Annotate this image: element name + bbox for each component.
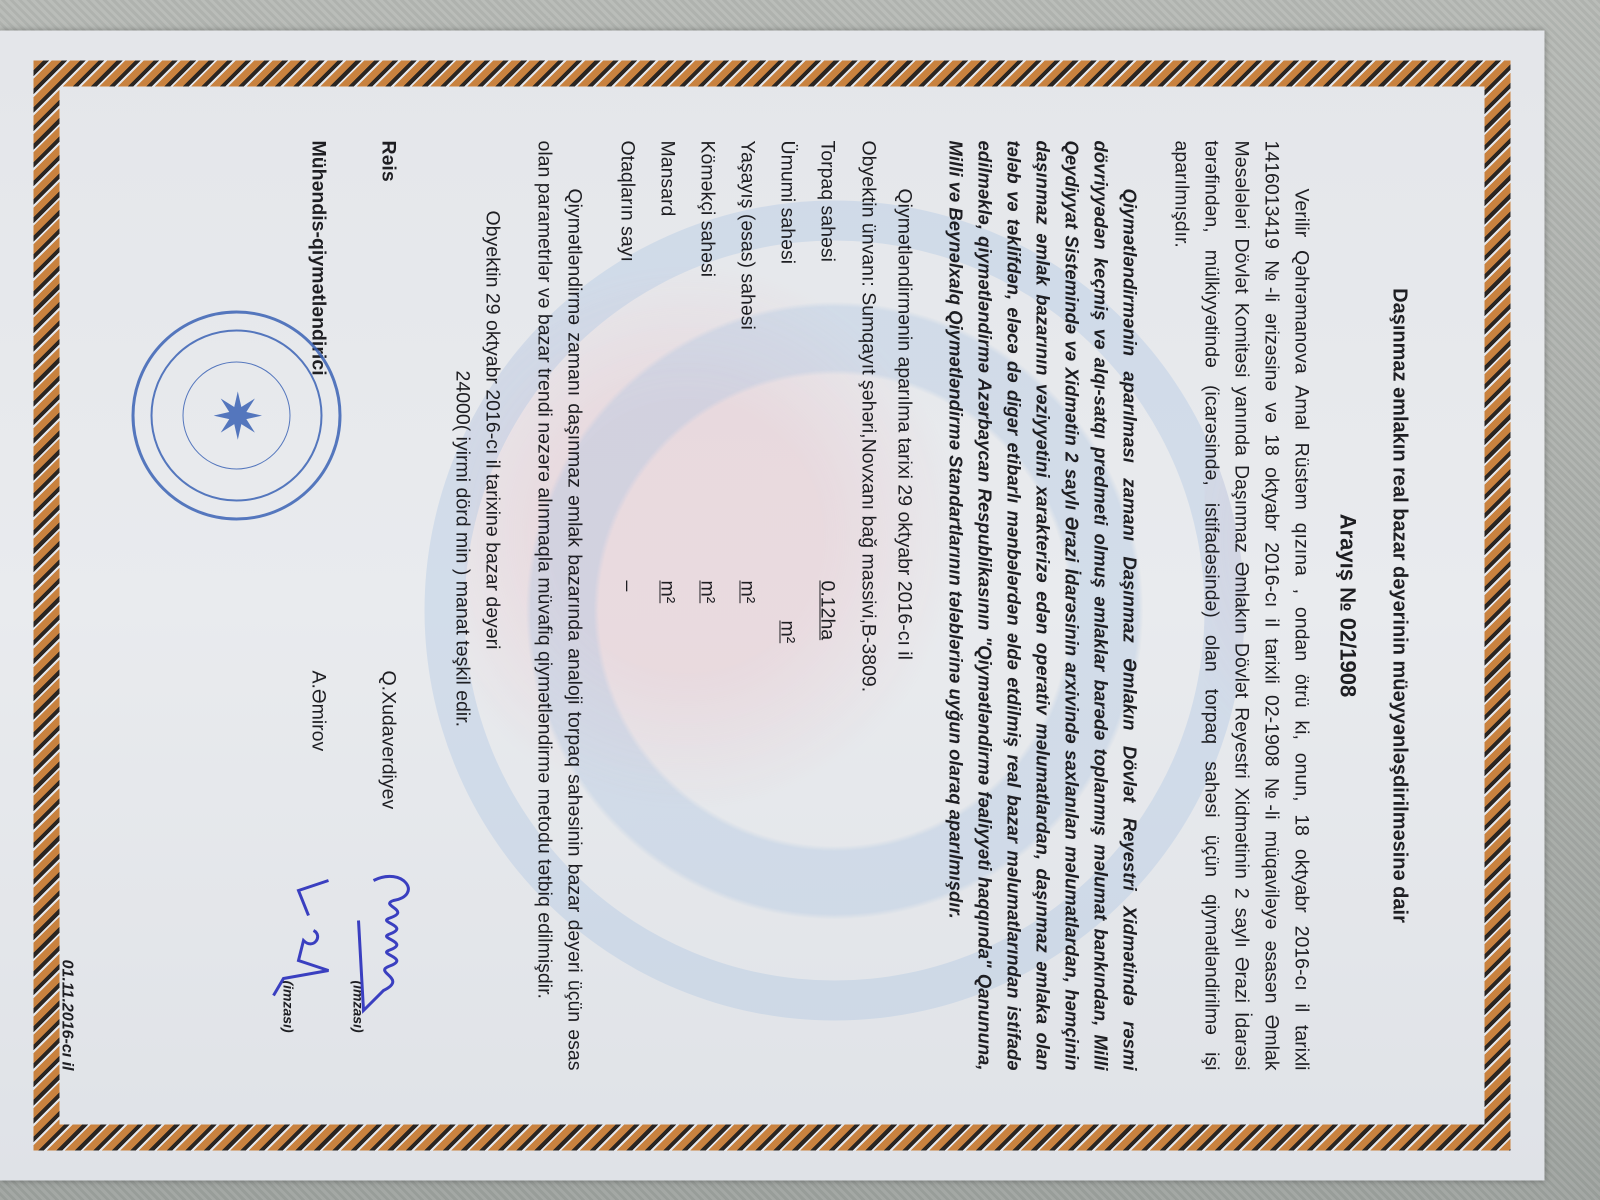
market-value-amount: 24000( iyirmi dörd min ) manat təşkil ed… [448,211,478,1071]
field-row: Köməkçi sahəsi m² [688,141,728,1071]
field-row: Mansard m² [648,141,688,1071]
field-label: Köməkçi sahəsi [693,141,723,581]
field-value: m² [693,581,723,604]
document-page: Daşınmaz əmlakın real bazar dəyərinin mü… [0,31,1545,1181]
field-label: Mansard [653,141,683,581]
signatory-role: Rəis [374,141,404,571]
field-value: m² [773,581,803,644]
intro-paragraph: Verilir Qəhrəmanova Amal Rüstəm qızına ,… [1167,141,1317,1071]
certificate-number: Arayış № 02/1908 [1333,141,1363,1071]
property-fields: Torpaq sahəsi 0.12ha Ümumi sahəsi m² Yaş… [608,141,848,1071]
signature-2-icon [264,861,344,1021]
star-emblem-icon: ✷ [205,389,269,443]
document-content: Daşınmaz əmlakın real bazar dəyərinin mü… [80,141,1435,1071]
signature-block: Rəis Q.Xudaverdiyev (imzası) Mühəndis-qi… [44,141,404,1071]
field-label: Ümumi sahəsi [773,141,803,581]
object-address: Obyektin ünvanı: Sumqayıt şəhəri,Novxanı… [854,141,884,1071]
field-row: Torpaq sahəsi 0.12ha [808,141,848,1071]
field-row: Otaqların sayı – [608,141,648,1071]
field-value: m² [733,581,763,604]
field-value: m² [653,581,683,604]
signature-1-icon [354,861,434,1021]
market-value: Obyektin 29 oktyabr 2016-cı il tarixinə … [448,141,508,1071]
market-value-label: Obyektin 29 oktyabr 2016-cı il tarixinə … [478,211,508,1071]
official-stamp: ✷ [132,311,342,521]
issue-date: 01.11.2016-cı il [52,960,82,1071]
field-value: 0.12ha [813,581,843,641]
method-paragraph: Qiymətləndirmə zamanı daşınmaz əmlak baz… [530,141,590,1071]
field-row: Yaşayış (əsas) sahəsi m² [728,141,768,1071]
methodology-paragraph: Qiymətləndirmənin aparılması zamanı Daşı… [942,141,1145,1071]
field-value: – [613,581,643,592]
valuation-date: Qiymətləndirmənin aparılma tarixi 29 okt… [890,141,920,1071]
document-title: Daşınmaz əmlakın real bazar dəyərinin mü… [1385,141,1415,1071]
field-row: Ümumi sahəsi m² [768,141,808,1071]
field-label: Yaşayış (əsas) sahəsi [733,141,763,581]
field-label: Otaqların sayı [613,141,643,581]
field-label: Torpaq sahəsi [813,141,843,581]
